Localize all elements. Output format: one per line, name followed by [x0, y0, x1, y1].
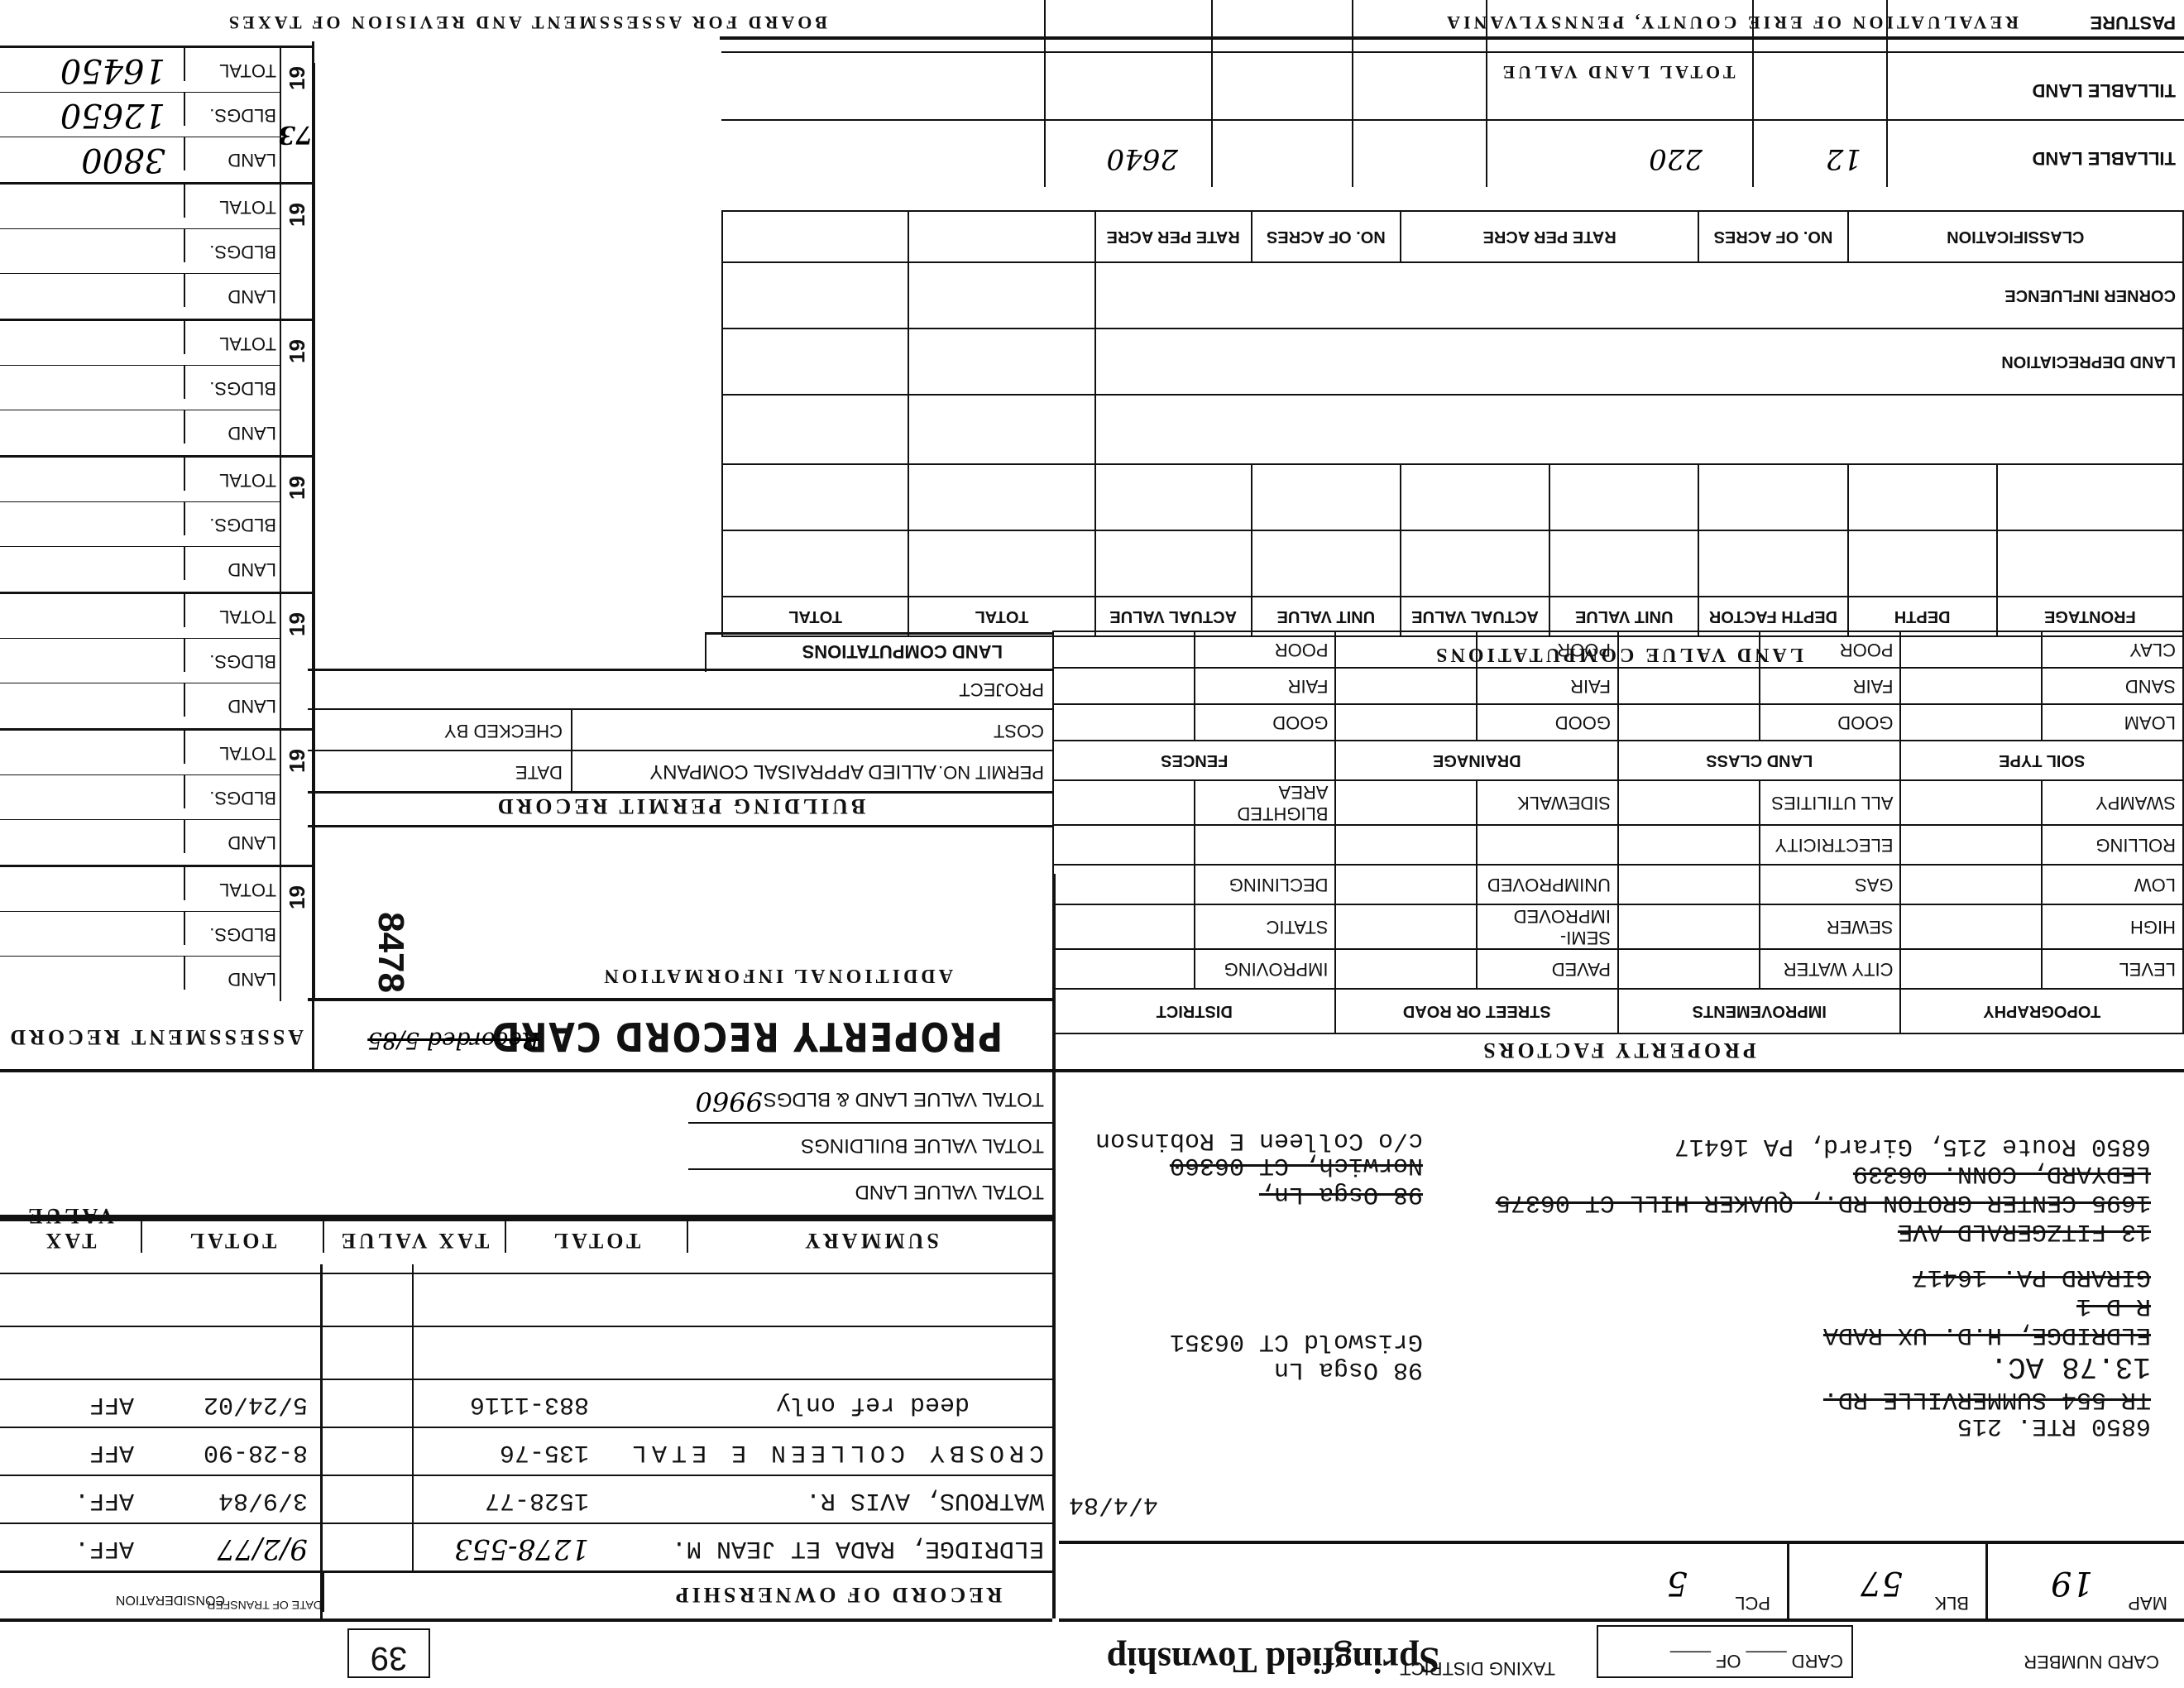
blk-field: BLK 57: [1787, 1544, 1985, 1618]
summary-row: TOTAL VALUE LAND & BLDGS. 9960: [688, 1076, 1052, 1122]
pcl-label: PCL: [1735, 1592, 1770, 1614]
address-line: 13 FITZGERALD AVE: [1898, 1217, 2151, 1245]
map-field: MAP 19: [1985, 1544, 2184, 1618]
assessment-stamp: 8478: [370, 912, 411, 993]
address-line: 98 Osga Ln: [1274, 1355, 1423, 1383]
card-of-box: CARD ____ OF ____: [1597, 1625, 1853, 1678]
district-code-box: 39: [347, 1628, 430, 1678]
board-title: BOARD FOR ASSESSMENT AND REVISION OF TAX…: [226, 12, 827, 33]
address-line: 6850 RTE. 215: [1957, 1412, 2151, 1440]
address-line: 98 Osga Ln,: [1259, 1180, 1423, 1208]
property-record-card: CARD NUMBER CARD ____ OF ____ TAXING DIS…: [0, 0, 2184, 1688]
assessment-blocks: 19LANDBLDGS.TOTAL19LANDBLDGS.TOTAL19LAND…: [0, 46, 314, 1001]
blk-value: 57: [1861, 1564, 1903, 1602]
assessment-year-block: 19LANDBLDGS.TOTAL: [0, 319, 314, 455]
additional-info-title: ADDITIONAL INFORMATION: [601, 964, 953, 986]
ownership-row: [0, 1326, 1052, 1379]
property-factors-title: PROPERTY FACTORS: [1052, 1038, 2184, 1062]
map-value: 19: [2051, 1564, 2093, 1602]
divider: [1059, 1618, 2184, 1622]
address-line: LEDYARD, CONN. 06339: [1853, 1159, 2151, 1187]
summary-title: SUMMARY: [688, 1228, 1052, 1253]
address-line: 1695 CENTER GROTON RD., QUAKER HILL CT 0…: [1496, 1188, 2151, 1216]
col-consideration: CONSIDERATION: [116, 1592, 225, 1607]
ownership-header: RECORD OF OWNERSHIP DATE OF TRANSFER CON…: [0, 1571, 1052, 1618]
building-permit-record: BUILDING PERMIT RECORD PERMIT NO. DATE C…: [308, 669, 1052, 827]
ownership-row: [0, 1273, 1052, 1326]
address-line: 13.78 AC.: [1990, 1350, 2151, 1383]
permit-no-label: PERMIT NO.: [571, 751, 1052, 791]
classification-row: TILLABLE LAND122202640: [721, 119, 2184, 187]
summary-rows: TOTAL VALUE LAND TOTAL VALUE BUILDINGS T…: [688, 1076, 1052, 1215]
page-title: PROPERTY RECORD CARD: [491, 1013, 1003, 1059]
taxing-district-label: TAXING DISTRICT: [1456, 1658, 1555, 1678]
map-label: MAP: [2128, 1592, 2167, 1614]
summary-row: TOTAL VALUE LAND: [688, 1168, 1052, 1215]
address-line: GIRARD PA. 16417: [1913, 1263, 2151, 1291]
address-line: ELDRIDGE, H.D. UX RADA: [1823, 1321, 2151, 1349]
ownership-row: ELDRIDGE, RADA ET JEAN M. 1278-553 9/2/7…: [0, 1523, 1052, 1571]
address-line: 6850 Route 215, Girard, PA 16417: [1674, 1132, 2151, 1160]
summary-header: SUMMARY TOTAL TAX VALUE TOTAL TAX VALUE: [0, 1215, 1052, 1264]
taxing-district-value: Springfield Township: [1107, 1639, 1439, 1681]
assessment-year-block: 19LANDBLDGS.TOTAL: [0, 865, 314, 1001]
address-line: R D 1: [2076, 1292, 2151, 1320]
land-value-table: FRONTAGE DEPTH DEPTH FACTOR UNIT VALUE A…: [721, 210, 2184, 637]
address-line: Norwich, CT 06360: [1170, 1151, 1423, 1179]
ownership-title: RECORD OF OWNERSHIP: [622, 1582, 1052, 1607]
card-of-label: CARD ____ OF ____: [1670, 1650, 1843, 1671]
pcl-value: 5: [1667, 1564, 1688, 1602]
land-computations-title: LAND COMPUTATIONS: [802, 640, 1003, 662]
address-line: TR 554 SUMMERVILLE RD.: [1823, 1385, 2151, 1413]
revaluation-title: REVALUATION OF ERIE COUNTY, PENNSYLVANIA: [1444, 12, 2019, 33]
handwritten-note: Recorded 5/85: [367, 1027, 539, 1054]
ownership-row: deed ref only 883-1116 5/24/02 AFF: [0, 1379, 1052, 1427]
title-band: PROPERTY RECORD CARD Recorded 5/85: [349, 1001, 1052, 1069]
col-date-of-transfer: DATE OF TRANSFER: [223, 1571, 324, 1612]
total-land-value-label: TOTAL LAND VALUE: [1051, 61, 2184, 83]
cost-label: COST: [571, 710, 1052, 750]
assessment-year-block: 19LANDBLDGS.TOTAL: [0, 455, 314, 592]
pcl-field: PCL 5: [1456, 1544, 1787, 1618]
ownership-rows: ELDRIDGE, RADA ET JEAN M. 1278-553 9/2/7…: [0, 1218, 1052, 1571]
land-value-title: LAND VALUE COMPUTATIONS: [1052, 643, 2184, 665]
card-number-label: CARD NUMBER: [2060, 1652, 2159, 1671]
address-line: c/o Colleen E Robinson: [1095, 1126, 1423, 1154]
assessment-year-block: 19LANDBLDGS.TOTAL: [0, 728, 314, 865]
total-value-handwritten: 9960: [696, 1086, 763, 1117]
assessment-year-block: 19LANDBLDGS.TOTAL: [0, 182, 314, 319]
summary-row: TOTAL VALUE BUILDINGS: [688, 1122, 1052, 1168]
date-stamp: 4/4/84: [1069, 1490, 1158, 1518]
blk-label: BLK: [1934, 1592, 1969, 1614]
checked-by-label: CHECKED BY: [436, 710, 571, 750]
ownership-row: CROSBY COLLEEN E ETAL 135-76 8-28-90 AFF: [0, 1427, 1052, 1475]
assessment-year-block: 1973LAND3800BLDGS.12650TOTAL16450: [0, 46, 314, 182]
assessment-record-header: ASSESSMENT RECORD: [0, 1001, 314, 1069]
assessment-year-block: 19LANDBLDGS.TOTAL: [0, 592, 314, 728]
ownership-row: WATROUS, AVIS R. 1528-77 3/9/84 AFF.: [0, 1475, 1052, 1523]
property-factors-table: TOPOGRAPHY IMPROVEMENTS STREET OR ROAD D…: [1052, 631, 2184, 1034]
divider: [1059, 1541, 2184, 1544]
project-label: PROJECT: [308, 669, 1052, 708]
permit-date-label: DATE: [507, 751, 571, 791]
address-line: Griswold CT 06351: [1170, 1327, 1423, 1355]
